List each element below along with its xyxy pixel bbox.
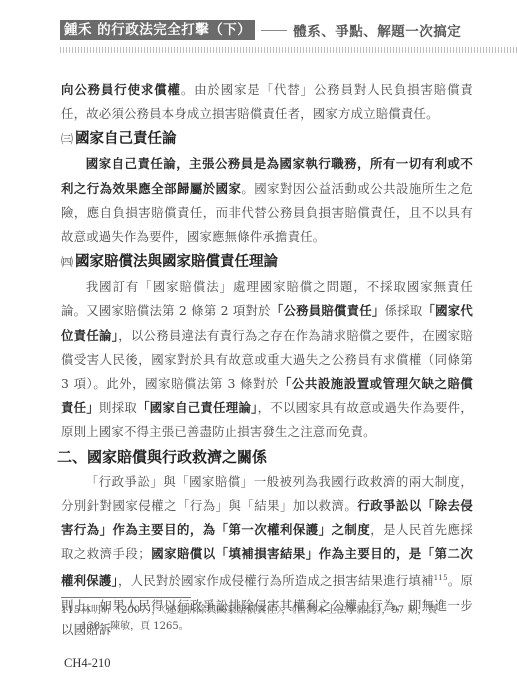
book-subtitle: 體系、爭點、解題一次搞定 (293, 20, 461, 40)
page-number: CH4-210 (64, 656, 111, 671)
text: 係採取 (385, 303, 423, 318)
bold-text: 「公務員賠償責任」 (271, 303, 385, 318)
footnote-number: 115 (61, 603, 81, 619)
paragraph: 國家自己責任論，主張公務員是為國家執行職務，所有一切有利或不利之行為效果應全部歸… (61, 152, 473, 249)
header-rule (60, 47, 517, 53)
section-title: 國家賠償法與國家賠償責任理論 (75, 253, 278, 270)
header-divider (261, 30, 287, 31)
footnote-rule (61, 597, 191, 598)
section-title: 國家自己責任論 (75, 130, 177, 147)
section-number: ㈢ (61, 132, 73, 146)
bold-text: 「國家自己責任理論」 (137, 400, 258, 415)
footnote-text: 138；陳敏，頁 1265。 (61, 619, 461, 635)
paragraph: 向公務員行使求償權。由於國家是「代替」公務員對人民負損害賠償責任，故必須公務員本… (61, 78, 473, 126)
text: 則採取 (99, 400, 137, 415)
bold-text: 向公務員行使求償權 (61, 82, 181, 97)
footnote-ref[interactable]: 115 (434, 574, 448, 582)
section-number: ㈣ (61, 255, 73, 269)
chapter-section-heading: 二、國家賠償與行政救濟之關係 (57, 445, 473, 470)
page-body: 向公務員行使求償權。由於國家是「代替」公務員對人民負損害賠償責任，故必須公務員本… (61, 78, 473, 642)
book-title: 鍾禾 的行政法完全打擊（下） (60, 20, 255, 40)
footnote: 115林明昕（2007），〈違建拆除與國家賠償責任〉，《台灣本土法學雜誌》，97… (61, 603, 461, 635)
text: ，人民對於國家作成侵權行為所造成之損害結果進行填補 (118, 574, 434, 589)
section-heading: ㈣國家賠償法與國家賠償責任理論 (61, 249, 473, 275)
section-heading: ㈢國家自己責任論 (61, 126, 473, 152)
footnote-text: 林明昕（2007），〈違建拆除與國家賠償責任〉，《台灣本土法學雜誌》，97 期，… (81, 605, 437, 616)
paragraph: 我國訂有「國家賠償法」處理國家賠償之問題，不採取國家無責任論。又國家賠償法第 2… (61, 275, 473, 444)
running-header: 鍾禾 的行政法完全打擊（下） 體系、爭點、解題一次搞定 (60, 20, 461, 40)
